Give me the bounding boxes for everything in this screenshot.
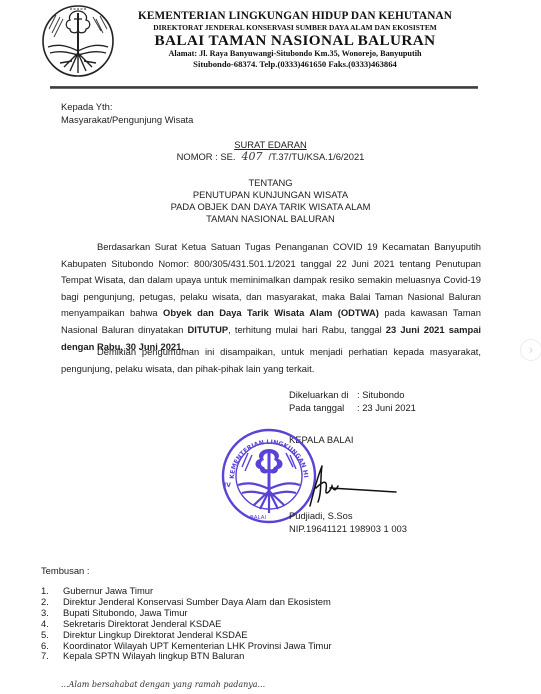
circular-letter-page: KEMENTERIAN LINGKUNGAN HIDUP DAN KEHUTAN…	[0, 0, 541, 694]
body-paragraph-2: Demikian pengumuman ini disampaikan, unt…	[61, 344, 481, 377]
number-suffix: /T.37/TU/KSA.1/6/2021	[268, 151, 364, 162]
issued-date: Pada tanggal: 23 Juni 2021	[289, 402, 416, 414]
stamp-roman: IV	[224, 482, 231, 489]
issued-date-label: Pada tanggal	[289, 402, 357, 414]
number-prefix: NOMOR : SE.	[177, 151, 236, 162]
letterhead-office: BALAI TAMAN NASIONAL BALURAN	[125, 32, 465, 49]
carousel-next-button[interactable]: ›	[520, 339, 541, 361]
recipient-name: Masyarakat/Pengunjung Wisata	[61, 114, 193, 126]
cc-item-text: Direktur Lingkup Direktorat Jenderal KSD…	[63, 629, 247, 640]
letterhead-directorate: DIREKTORAT JENDERAL KONSERVASI SUMBER DA…	[125, 23, 465, 32]
cc-item-text: Bupati Situbondo, Jawa Timur	[63, 607, 188, 618]
letterhead-address-1: Alamat: Jl. Raya Banyuwangi-Situbondo Km…	[125, 49, 465, 59]
letterhead-ministry: KEMENTERIAN LINGKUNGAN HIDUP DAN KEHUTAN…	[125, 10, 465, 23]
para1-text-c: , terhitung mulai hari Rabu, tanggal	[228, 324, 386, 335]
para1-odtwa: Obyek dan Daya Tarik Wisata Alam (ODTWA)	[163, 307, 379, 318]
cc-item-number: 7.	[41, 651, 63, 662]
document-type: SURAT EDARAN	[0, 139, 541, 151]
signatory-name: Pudjiadi, S.Sos	[289, 510, 353, 522]
issued-place-label: Dikeluarkan di	[289, 389, 357, 401]
subject-line-3: TAMAN NASIONAL BALURAN	[0, 213, 541, 225]
cc-item-text: Gubernur Jawa Timur	[63, 585, 153, 596]
recipient-salutation: Kepada Yth:	[61, 101, 112, 113]
cc-title: Tembusan :	[41, 565, 89, 576]
cc-item-number: 4.	[41, 619, 63, 630]
stamp-bottom-text: BALAI	[250, 515, 266, 521]
motto: ...Alam bersahabat dengan yang ramah pad…	[61, 680, 265, 689]
cc-item-text: Koordinator Wilayah UPT Kementerian LHK …	[63, 640, 332, 651]
cc-item-text: Kepala SPTN Wilayah lingkup BTN Baluran	[63, 650, 244, 661]
issued-place-value: : Situbondo	[357, 389, 404, 400]
signature-icon	[300, 462, 400, 510]
body-paragraph-1: Berdasarkan Surat Ketua Satuan Tugas Pen…	[61, 239, 481, 355]
cc-list-item: 7.Kepala SPTN Wilayah lingkup BTN Balura…	[41, 651, 332, 662]
cc-list: 1.Gubernur Jawa Timur2.Direktur Jenderal…	[41, 586, 332, 662]
issued-date-value: : 23 Juni 2021	[357, 402, 416, 413]
chevron-right-icon: ›	[529, 344, 534, 356]
ministry-emblem-icon	[40, 3, 116, 79]
subject-line-2: PADA OBJEK DAN DAYA TARIK WISATA ALAM	[0, 201, 541, 213]
number-handwritten: 407	[241, 150, 262, 163]
document-number: NOMOR : SE.407/T.37/TU/KSA.1/6/2021	[0, 151, 541, 163]
subject-line-1: PENUTUPAN KUNJUNGAN WISATA	[0, 189, 541, 201]
cc-item-text: Sekretaris Direktorat Jenderal KSDAE	[63, 618, 221, 629]
issued-place: Dikeluarkan di: Situbondo	[289, 389, 404, 401]
letterhead: KEMENTERIAN LINGKUNGAN HIDUP DAN KEHUTAN…	[125, 10, 465, 70]
letterhead-divider	[50, 86, 478, 89]
letterhead-address-2: Situbondo-68374. Telp.(0333)461650 Faks.…	[125, 59, 465, 70]
para2-text: Demikian pengumuman ini disampaikan, unt…	[61, 346, 481, 374]
about-label: TENTANG	[0, 177, 541, 189]
cc-item-text: Direktur Jenderal Konservasi Sumber Daya…	[63, 596, 331, 607]
signatory-nip: NIP.19641121 198903 1 003	[289, 523, 407, 535]
para1-closed: DITUTUP	[188, 324, 229, 335]
cc-item-number: 5.	[41, 630, 63, 641]
